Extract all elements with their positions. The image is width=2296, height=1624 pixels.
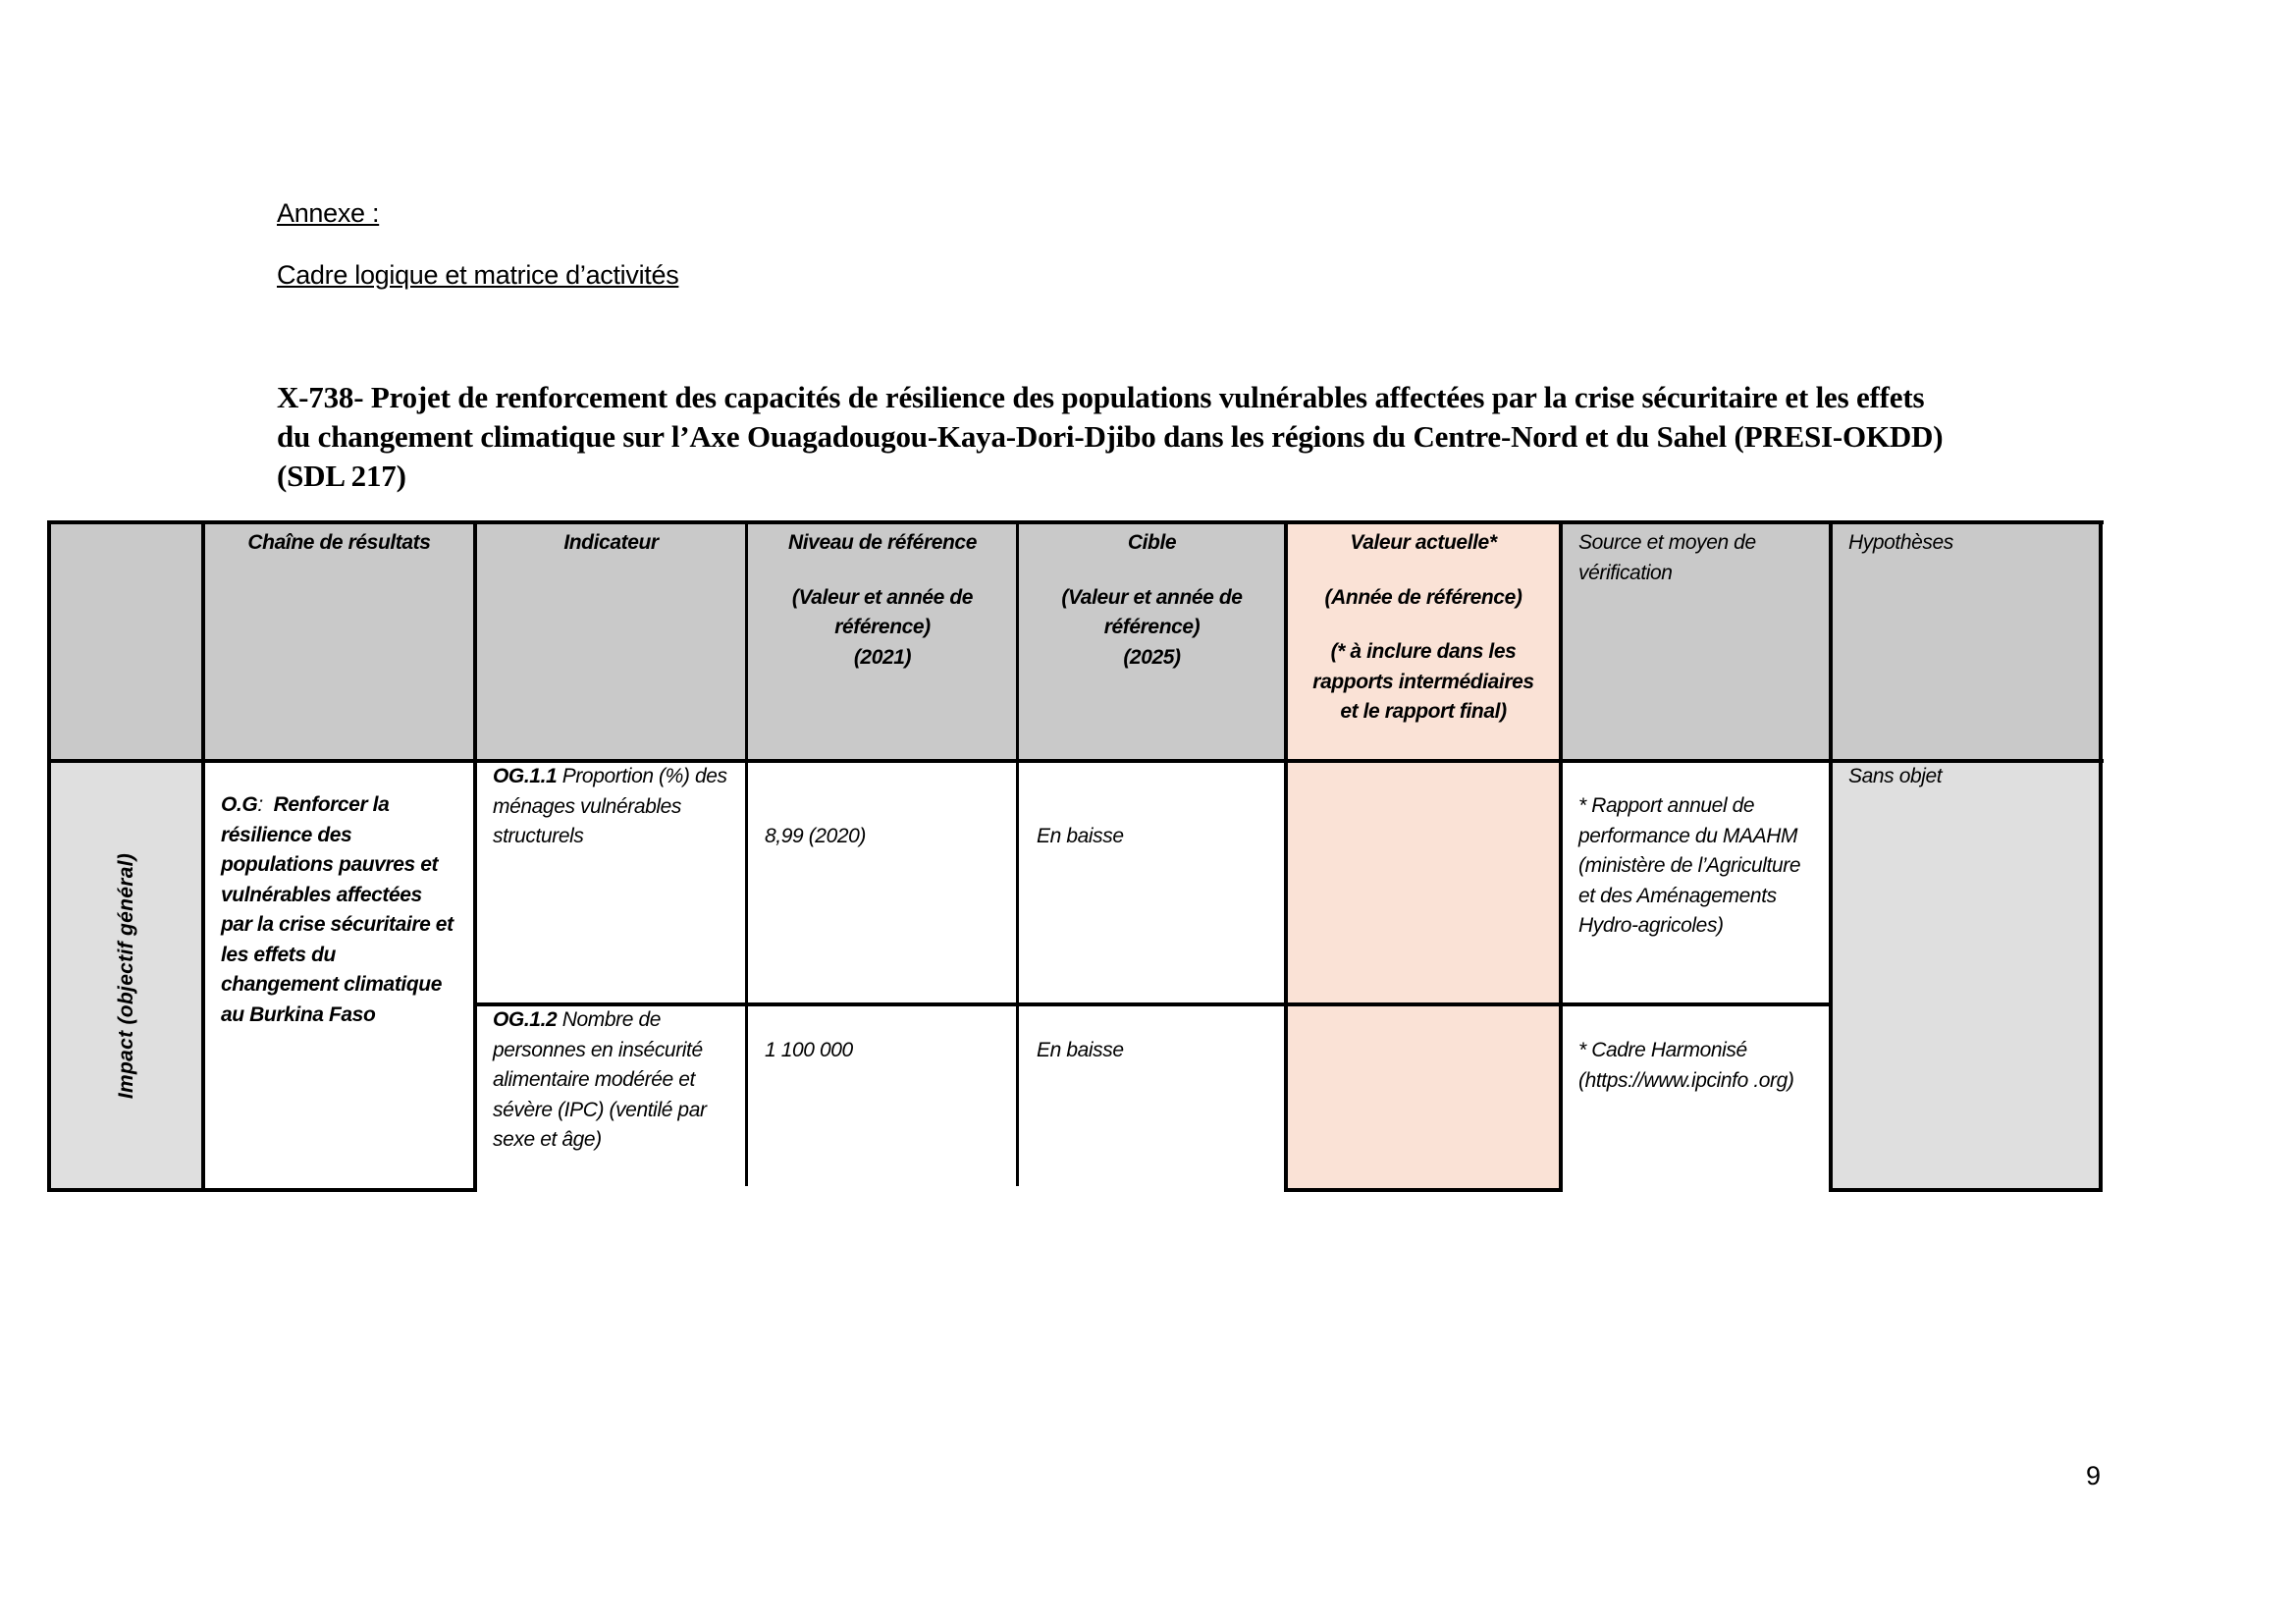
logframe-table: Chaîne de résultats Indicateur Niveau de…: [0, 0, 2296, 1624]
cadre-logique-heading: Cadre logique et matrice d’activités: [277, 260, 678, 291]
table-row-2-target: En baisse: [1018, 1004, 1286, 1190]
header-hypotheses: Hypothèses: [1831, 522, 2101, 761]
hypotheses-cell: Sans objet: [1831, 761, 2101, 1190]
general-objective-cell: O.G: Renforcer la résilience des populat…: [203, 761, 475, 1190]
objective-prefix: O.G: [221, 793, 257, 816]
objective-colon: :: [257, 793, 262, 816]
title-line-3: (SDL 217): [277, 457, 2122, 496]
table-row-2-current-value[interactable]: [1286, 1004, 1561, 1190]
table-row-2-indicator: OG.1.2 Nombre de personnes en insécurité…: [475, 1004, 747, 1190]
table-row-2-baseline: 1 100 000: [747, 1004, 1018, 1190]
document-title: X-738- Projet de renforcement des capaci…: [277, 378, 2122, 496]
header-target: Cible (Valeur et année de référence) (20…: [1018, 522, 1286, 761]
impact-section-label-cell: Impact (objectif général): [49, 761, 203, 1190]
impact-section-label: Impact (objectif général): [111, 852, 141, 1098]
header-current-value: Valeur actuelle* (Année de référence) (*…: [1286, 522, 1561, 761]
table-row-2-source: * Cadre Harmonisé (https://www.ipcinfo .…: [1561, 1004, 1831, 1190]
annexe-heading: Annexe :: [277, 198, 379, 229]
header-row-label: [49, 522, 203, 761]
table-row-1-baseline: 8,99 (2020): [747, 761, 1018, 1004]
header-source: Source et moyen de vérification: [1561, 522, 1831, 761]
page-number: 9: [2086, 1461, 2101, 1491]
table-row-1-source: * Rapport annuel de performance du MAAHM…: [1561, 761, 1831, 1004]
header-indicator: Indicateur: [475, 522, 747, 761]
objective-text: Renforcer la résilience des populations …: [221, 793, 454, 1026]
header-chain: Chaîne de résultats: [203, 522, 475, 761]
table-row-1-current-value[interactable]: [1286, 761, 1561, 1004]
title-line-2: du changement climatique sur l’Axe Ouaga…: [277, 417, 2122, 457]
table-row-1-target: En baisse: [1018, 761, 1286, 1004]
table-row-1-indicator: OG.1.1 Proportion (%) des ménages vulnér…: [475, 761, 747, 1004]
header-baseline: Niveau de référence (Valeur et année de …: [747, 522, 1018, 761]
title-line-1: X-738- Projet de renforcement des capaci…: [277, 378, 2122, 417]
